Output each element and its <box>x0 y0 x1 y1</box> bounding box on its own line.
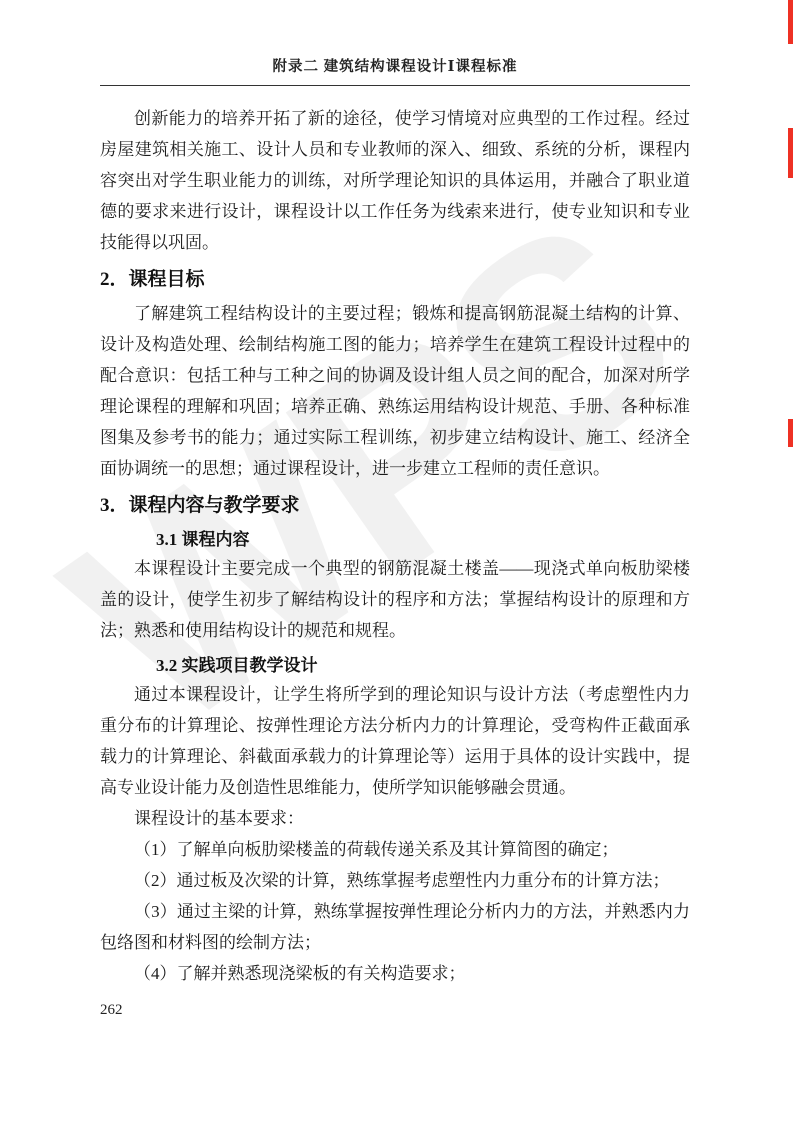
requirements-intro: 课程设计的基本要求： <box>100 803 690 834</box>
requirement-item-4: （4）了解并熟悉现浇梁板的有关构造要求； <box>100 958 690 989</box>
document-content: 附录二 建筑结构课程设计Ⅰ课程标准 创新能力的培养开拓了新的途径，使学习情境对应… <box>100 55 690 989</box>
section-2-paragraph: 了解建筑工程结构设计的主要过程；锻炼和提高钢筋混凝土结构的计算、设计及构造处理、… <box>100 298 690 484</box>
red-edge-marker-upper <box>788 128 793 178</box>
requirement-item-2: （2）通过板及次梁的计算，熟练掌握考虑塑性内力重分布的计算方法； <box>100 865 690 896</box>
section-2-heading: 2．课程目标 <box>100 266 690 294</box>
section-3-2-paragraph: 通过本课程设计，让学生将所学到的理论知识与设计方法（考虑塑性内力重分布的计算理论… <box>100 679 690 803</box>
page-number: 262 <box>100 1002 123 1019</box>
section-3-2-heading: 3.2 实践项目教学设计 <box>100 652 690 679</box>
section-3-heading: 3．课程内容与教学要求 <box>100 492 690 520</box>
section-3-1-paragraph: 本课程设计主要完成一个典型的钢筋混凝土楼盖——现浇式单向板肋梁楼盖的设计，使学生… <box>100 553 690 646</box>
section-3-1-heading: 3.1 课程内容 <box>100 526 690 553</box>
document-page: WPS 附录二 建筑结构课程设计Ⅰ课程标准 创新能力的培养开拓了新的途径，使学习… <box>0 0 793 1122</box>
intro-paragraph: 创新能力的培养开拓了新的途径，使学习情境对应典型的工作过程。经过房屋建筑相关施工… <box>100 103 690 258</box>
requirement-item-1: （1）了解单向板肋梁楼盖的荷载传递关系及其计算简图的确定； <box>100 834 690 865</box>
red-edge-marker-top <box>788 0 793 44</box>
red-edge-marker-middle <box>788 419 793 447</box>
running-header: 附录二 建筑结构课程设计Ⅰ课程标准 <box>100 55 690 86</box>
requirement-item-3: （3）通过主梁的计算，熟练掌握按弹性理论分析内力的方法，并熟悉内力包络图和材料图… <box>100 896 690 958</box>
